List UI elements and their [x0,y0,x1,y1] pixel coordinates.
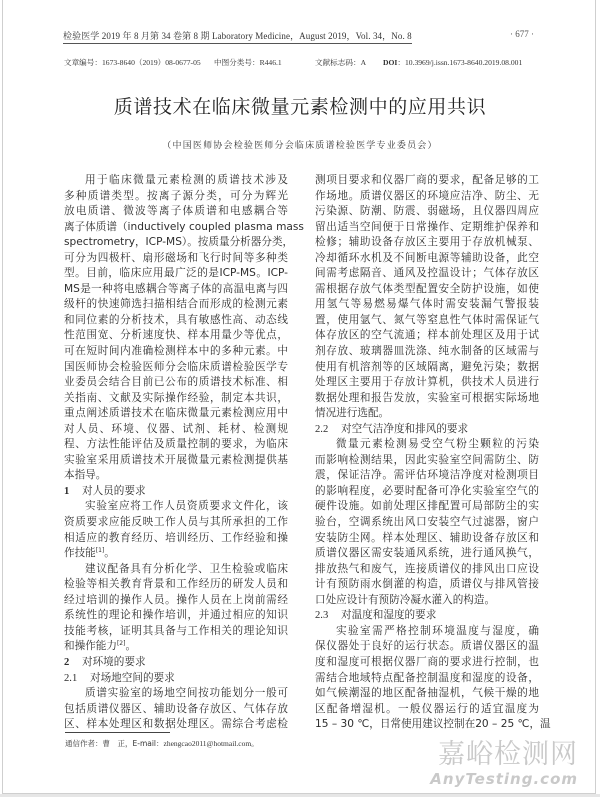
text-line: 而影响检测结果，因此实验室空间需防尘、防 [315,453,539,469]
text-line: 污染源、防潮、防震、弱磁场，且仪器四周应 [315,204,539,220]
line-text: 系统性的理论和操作培训，并通过相应的知识 [64,609,288,621]
line-text: 数据处理和报告发放，实验室可根据实际场地 [315,392,539,404]
section-title: 对温度和湿度的要求 [341,609,436,621]
watermark: 嘉峪检测网 AnyTesting.com [430,740,578,788]
text-line: 可在短时间内准确检测样本中的多种元素。中 [64,344,288,360]
watermark-cn: 嘉峪检测网 [430,740,578,770]
text-line: 质谱实验室的场地空间按功能划分一般可 [64,686,288,702]
running-head: 检验医学 2019 年 8 月第 34 卷第 8 期 Laboratory Me… [63,29,412,44]
citation-ref[interactable]: [1] [96,547,105,554]
subsection-heading: 2.1对场地空间的要求 [64,671,288,687]
line-text: 排放热气和废气，连接质谱仪的排风出口应设 [315,563,539,575]
section-title: 对空气洁净度和排风的要求 [341,423,468,435]
line-text: 和同位素的分析技术，具有敏感性高、动态线 [64,314,288,326]
line-text: 留出适当空间便于日常操作、定期维护保养和 [315,221,539,233]
doi-value: ：10.3969/j.issn.1673-8640.2019.08.001 [397,58,522,67]
document-code-label: 文献标志码： [315,58,361,67]
text-line: MS是一种将电感耦合等离子体的高温电离与四 [64,282,288,298]
line-text: 保仪器处于良好的运行状态。质谱仪器区的温 [315,640,539,652]
line-text: 经过培训的操作人员。操作人员在上岗前需经 [64,594,288,606]
article-authors: （中国医师协会检验医师分会临床质谱检验医学专业委员会） [0,138,600,151]
text-line: 间需考虑隔音、通风及控温设计；气体存放区 [315,266,539,282]
text-line: 冷却循环水机及不间断电源等辅助设备，此空 [315,251,539,267]
line-text: 建议配备具有分析化学、卫生检验或临床 [85,563,288,575]
text-line: 型。目前，临床应用最广泛的是ICP-MS。ICP- [64,266,288,282]
text-line: 硬件设施。如前处理区排配置可局部防尘的实 [315,499,539,515]
text-line: 用于临床微量元素检测的质谱技术涉及 [64,173,288,189]
text-line: 情况进行选配。 [315,406,539,422]
text-line: 可分为四极杆、扇形磁场和飞行时间等多种类 [64,251,288,267]
text-line: 作技能[1]。 [64,546,288,562]
text-line: 关指南、文献及实际操作经验，制定本共识， [64,391,288,407]
line-text: 剂存放、玻璃器皿洗涤、纯水制备的区域需与 [315,345,539,357]
line-text: MS是一种将电感耦合等离子体的高温电离与四 [64,283,288,295]
line-text: 离子体质谱（inductively coupled plasma mass [64,221,304,233]
line-text: 资质要求应能反映工作人员与其所承担的工作 [64,516,288,528]
text-line: 检验等相关教育背景和工作经历的研发人员和 [64,577,288,593]
line-tail: 。 [125,640,136,652]
line-text: 而影响检测结果，因此实验室空间需防尘、防 [315,454,539,466]
text-line: 度和湿度可根据仪器厂商的要求进行控制，也 [315,655,539,671]
footnote-rule [65,732,170,733]
text-line: 经过培训的操作人员。操作人员在上岗前需经 [64,593,288,609]
text-line: 实验室需严格控制环境温度与湿度，确 [315,624,539,640]
section-title: 对人员的要求 [82,485,146,497]
line-text: 口处应设计有预防冷凝水灌入的构造。 [315,594,495,606]
subsection-heading: 2.2对空气洁净度和排风的要求 [315,422,539,438]
text-line: 级杆的快速筛选扫描相结合而形成的检测元素 [64,297,288,313]
text-line: 如气候潮湿的地区配备抽湿机，气候干燥的地 [315,686,539,702]
line-text: 对人员、环境、仪器、试剂、耗材、检测规 [64,423,288,435]
line-text: 用于临床微量元素检测的质谱技术涉及 [85,174,288,186]
footnote-label: 通信作者：曹 正，E-mail： [65,739,164,748]
text-line: 用氢气等易燃易爆气体时需安装漏气警报装 [315,297,539,313]
text-line: 留出适当空间便于日常操作、定期维护保养和 [315,220,539,236]
left-column: 用于临床微量元素检测的质谱技术涉及多种质谱类型。按离子源分类，可分为辉光放电质谱… [64,173,288,733]
article-number-label: 文章编号： [64,58,102,67]
text-line: 使用有机溶剂等的区域隔离，避免污染；数据 [315,360,539,376]
text-line: 体存放区的空气流通；样本前处理区及用于试 [315,328,539,344]
text-line: 包括质谱仪器区、辅助设备存放区、气体存放 [64,702,288,718]
text-line: 实验室应将工作人员资质要求文件化，该 [64,499,288,515]
line-text: 计有预防雨水倒灌的构造，质谱仪与排风管接 [315,578,539,590]
text-line: 本指导。 [64,468,288,484]
section-number: 2 [64,655,82,671]
line-text: 包括质谱仪器区、辅助设备存放区、气体存放 [64,703,288,715]
line-text: 使用有机溶剂等的区域隔离，避免污染；数据 [315,361,539,373]
line-text: 微量元素检测易受空气粉尘颗粒的污染 [336,438,539,450]
line-tail: 。 [104,547,115,559]
text-line: spectrometry，ICP-MS）。按质量分析器分类， [64,235,288,251]
text-line: 需根据存放气体类型配置安全防护设施，如使 [315,282,539,298]
text-line: 国医师协会检验医师分会临床质谱检验医学专 [64,360,288,376]
line-text: 质谱仪器区需安装通风系统，进行通风换气， [315,547,539,559]
subsection-heading: 2.3对温度和湿度的要求 [315,608,539,624]
text-line: 数据处理和报告发放，实验室可根据实际场地 [315,391,539,407]
text-line: 计有预防雨水倒灌的构造，质谱仪与排风管接 [315,577,539,593]
line-text: 放电质谱、微波等离子体质谱和电感耦合等 [64,205,288,217]
section-number: 1 [64,484,82,500]
corresponding-author-footnote: 通信作者：曹 正，E-mail：zhengcao2011@hotmail.com… [65,738,259,749]
line-text: 15 – 30 ℃，日常使用建议控制在20 – 25 ℃，温 [315,718,551,730]
text-line: 和同位素的分析技术，具有敏感性高、动态线 [64,313,288,329]
line-text: 性范围宽、分析速度快、样本用量少等优点， [64,329,288,341]
line-text: 程、方法性能评估及质量控制的要求，为临床 [64,438,288,450]
line-text: 技能考核，证明其具备与工作相关的理论知识 [64,625,288,637]
line-text: 安装防尘网。样本处理区、辅助设备存放区和 [315,532,539,544]
text-line: 检修；辅助设备存放区主要用于存放机械泵、 [315,235,539,251]
text-line: 微量元素检测易受空气粉尘颗粒的污染 [315,437,539,453]
line-text: 间需考虑隔音、通风及控温设计；气体存放区 [315,267,539,279]
text-line: 区、样本处理区和数据处理区。需综合考虑检 [64,717,288,733]
line-text: 测项目要求和仪器厂商的要求，配备足够的工 [315,174,539,186]
right-column: 测项目要求和仪器厂商的要求，配备足够的工作场地。质谱仪器区的环境应洁净、防尘、无… [315,173,539,733]
section-heading: 1对人员的要求 [64,484,288,500]
text-line: 技能考核，证明其具备与工作相关的理论知识 [64,624,288,640]
line-text: 震，保证洁净。需评估环境洁净度对检测项目 [315,469,539,481]
section-title: 对环境的要求 [82,656,146,668]
line-text: 冷却循环水机及不间断电源等辅助设备，此空 [315,252,539,264]
article-title: 质谱技术在临床微量元素检测中的应用共识 [0,92,600,119]
line-text: 检验等相关教育背景和工作经历的研发人员和 [64,578,288,590]
text-line: 建议配备具有分析化学、卫生检验或临床 [64,562,288,578]
text-line: 的影响程度，必要时配备可净化实验室空气的 [315,484,539,500]
line-text: 关指南、文献及实际操作经验，制定本共识， [64,392,288,404]
section-heading: 2对环境的要求 [64,655,288,671]
line-text: 质谱实验室的场地空间按功能划分一般可 [85,687,288,699]
footnote-email[interactable]: zhengcao2011@hotmail.com [164,739,252,748]
text-line: 放电质谱、微波等离子体质谱和电感耦合等 [64,204,288,220]
doi-label: DOI [383,58,397,67]
text-line: 相适应的教育经历、培训经历、工作经验和操 [64,531,288,547]
line-text: 污染源、防潮、防震、弱磁场，且仪器四周应 [315,205,539,217]
text-line: 保仪器处于良好的运行状态。质谱仪器区的温 [315,639,539,655]
clc-value: R446.1 [260,58,282,67]
clc-label: 中图分类号： [214,58,260,67]
line-text: 重点阐述质谱技术在临床微量元素检测应用中 [64,407,288,419]
document-code: 文献标志码：A [315,57,366,68]
line-text: 验台，空调系统出风口安装空气过滤器，窗户 [315,516,539,528]
text-line: 业委员会结合目前已公布的质谱技术标准、相 [64,375,288,391]
text-line: 对人员、环境、仪器、试剂、耗材、检测规 [64,422,288,438]
text-line: 需结合地域特点配备控制温度和湿度的设备， [315,671,539,687]
watermark-en: AnyTesting.com [430,770,578,788]
line-text: 情况进行选配。 [315,407,389,419]
text-line: 性范围宽、分析速度快、样本用量少等优点， [64,328,288,344]
line-text: 检修；辅助设备存放区主要用于存放机械泵、 [315,236,539,248]
line-text: 实验室采用质谱技术开展微量元素检测提供基 [64,454,288,466]
line-text: 业委员会结合目前已公布的质谱技术标准、相 [64,376,288,388]
line-text: 国医师协会检验医师分会临床质谱检验医学专 [64,361,288,373]
line-text: 区配备增湿机。一般仪器运行的适宜温度为 [315,703,539,715]
line-text: 本指导。 [64,469,106,481]
line-text: 度和湿度可根据仪器厂商的要求进行控制，也 [315,656,539,668]
text-line: 资质要求应能反映工作人员与其所承担的工作 [64,515,288,531]
text-line: 离子体质谱（inductively coupled plasma mass [64,220,288,236]
section-number: 2.2 [315,422,341,438]
line-text: 需结合地域特点配备控制温度和湿度的设备， [315,672,539,684]
line-text: 如气候潮湿的地区配备抽湿机，气候干燥的地 [315,687,539,699]
line-text: 体存放区的空气流通；样本前处理区及用于试 [315,329,539,341]
text-line: 处理区主要用于存放计算机，供技术人员进行 [315,375,539,391]
line-text: 处理区主要用于存放计算机，供技术人员进行 [315,376,539,388]
line-text: 实验室应将工作人员资质要求文件化，该 [85,500,288,512]
text-line: 置，使用氩气、氮气等窒息性气体时需保证气 [315,313,539,329]
article-number-value: 1673-8640（2019）08-0677-05 [102,58,201,67]
line-text: 需根据存放气体类型配置安全防护设施，如使 [315,283,539,295]
text-line: 验台，空调系统出风口安装空气过滤器，窗户 [315,515,539,531]
section-number: 2.3 [315,608,341,624]
line-text: 多种质谱类型。按离子源分类，可分为辉光 [64,190,288,202]
text-line: 多种质谱类型。按离子源分类，可分为辉光 [64,189,288,205]
text-line: 口处应设计有预防冷凝水灌入的构造。 [315,593,539,609]
line-text: 作场地。质谱仪器区的环境应洁净、防尘、无 [315,190,539,202]
line-text: 区、样本处理区和数据处理区。需综合考虑检 [64,718,288,730]
text-line: 测项目要求和仪器厂商的要求，配备足够的工 [315,173,539,189]
line-text: 相适应的教育经历、培训经历、工作经验和操 [64,532,288,544]
line-text: 用氢气等易燃易爆气体时需安装漏气警报装 [315,298,539,310]
text-line: 区配备增湿机。一般仪器运行的适宜温度为 [315,702,539,718]
line-text: 可在短时间内准确检测样本中的多种元素。中 [64,345,288,357]
text-line: 程、方法性能评估及质量控制的要求，为临床 [64,437,288,453]
footnote-tail: 。 [251,739,259,748]
line-text: 的影响程度，必要时配备可净化实验室空气的 [315,485,539,497]
page-number: · 677 · [510,29,534,39]
clc-number: 中图分类号：R446.1 [214,57,282,68]
doi: DOI：10.3969/j.issn.1673-8640.2019.08.001 [383,57,522,68]
text-line: 系统性的理论和操作培训，并通过相应的知识 [64,608,288,624]
text-line: 作场地。质谱仪器区的环境应洁净、防尘、无 [315,189,539,205]
document-code-value: A [361,58,366,67]
text-line: 震，保证洁净。需评估环境洁净度对检测项目 [315,468,539,484]
line-text: 作技能 [64,547,96,559]
line-text: 置，使用氩气、氮气等窒息性气体时需保证气 [315,314,539,326]
article-number: 文章编号：1673-8640（2019）08-0677-05 [64,57,201,68]
line-text: 级杆的快速筛选扫描相结合而形成的检测元素 [64,298,288,310]
line-text: 可分为四极杆、扇形磁场和飞行时间等多种类 [64,252,288,264]
section-number: 2.1 [64,671,90,687]
text-line: 重点阐述质谱技术在临床微量元素检测应用中 [64,406,288,422]
text-line: 质谱仪器区需安装通风系统，进行通风换气， [315,546,539,562]
text-line: 剂存放、玻璃器皿洗涤、纯水制备的区域需与 [315,344,539,360]
line-text: 实验室需严格控制环境温度与湿度，确 [336,625,539,637]
text-line: 排放热气和废气，连接质谱仪的排风出口应设 [315,562,539,578]
line-text: spectrometry，ICP-MS）。按质量分析器分类， [64,236,293,248]
section-title: 对场地空间的要求 [90,672,175,684]
text-line: 实验室采用质谱技术开展微量元素检测提供基 [64,453,288,469]
line-text: 硬件设施。如前处理区排配置可局部防尘的实 [315,500,539,512]
line-text: 和操作能力 [64,640,117,652]
text-line: 和操作能力[2]。 [64,639,288,655]
text-line: 15 – 30 ℃，日常使用建议控制在20 – 25 ℃，温 [315,717,539,733]
line-text: 型。目前，临床应用最广泛的是ICP-MS。ICP- [64,267,288,279]
text-line: 安装防尘网。样本处理区、辅助设备存放区和 [315,531,539,547]
